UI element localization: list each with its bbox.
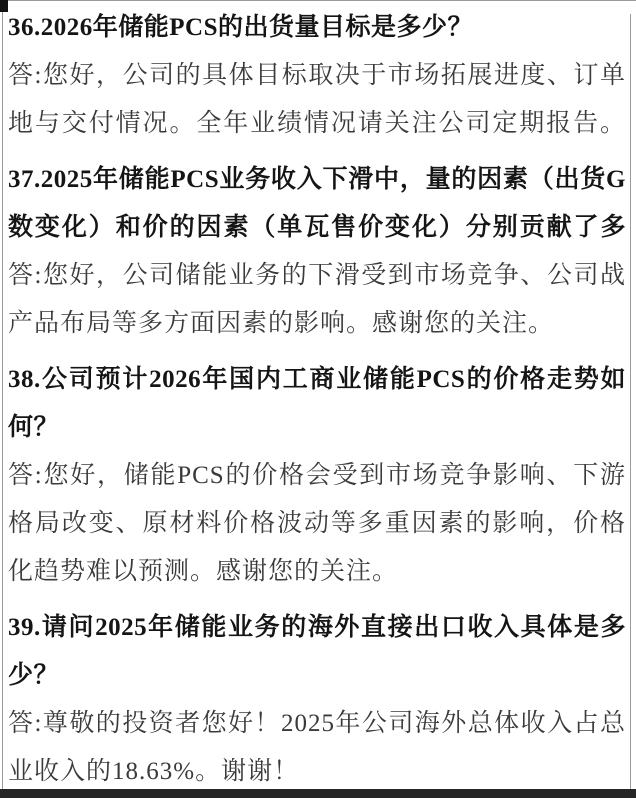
- qa-item-37: 37.2025年储能PCS业务收入下滑中，量的因素（出货GW 数变化）和价的因素…: [8, 156, 626, 348]
- answer-line: 化趋势难以预测。感谢您的关注。: [8, 548, 626, 596]
- answer-line: 格局改变、原材料价格波动等多重因素的影响，价格的变: [8, 500, 626, 548]
- qa-item-39: 39.请问2025年储能业务的海外直接出口收入具体是多 少？ 答:尊敬的投资者您…: [8, 604, 626, 796]
- right-border-line: [630, 14, 631, 798]
- answer-line: 答:尊敬的投资者您好！2025年公司海外总体收入占总营: [8, 700, 626, 748]
- answer-line: 地与交付情况。全年业绩情况请关注公司定期报告。: [8, 100, 626, 148]
- question-line: 37.2025年储能PCS业务收入下滑中，量的因素（出货GW: [8, 156, 626, 204]
- bottom-edge-bar: [0, 789, 636, 798]
- corner-mark: [0, 0, 8, 12]
- answer-line: 答:您好，储能PCS的价格会受到市场竞争影响、下游供需: [8, 452, 626, 500]
- question-line: 36.2026年储能PCS的出货量目标是多少？: [8, 4, 626, 52]
- question-line: 38.公司预计2026年国内工商业储能PCS的价格走势如: [8, 356, 626, 404]
- qa-content: 36.2026年储能PCS的出货量目标是多少？ 答:您好，公司的具体目标取决于市…: [8, 4, 626, 796]
- question-line: 少？: [8, 652, 626, 700]
- left-border-line: [2, 0, 3, 798]
- question-line: 何？: [8, 404, 626, 452]
- question-line: 数变化）和价的因素（单瓦售价变化）分别贡献了多少？: [8, 204, 626, 252]
- answer-line: 答:您好，公司的具体目标取决于市场拓展进度、订单落: [8, 52, 626, 100]
- top-border-line: [0, 0, 636, 1]
- question-line: 39.请问2025年储能业务的海外直接出口收入具体是多: [8, 604, 626, 652]
- qa-item-36: 36.2026年储能PCS的出货量目标是多少？ 答:您好，公司的具体目标取决于市…: [8, 4, 626, 148]
- document-page: 36.2026年储能PCS的出货量目标是多少？ 答:您好，公司的具体目标取决于市…: [0, 0, 636, 798]
- qa-item-38: 38.公司预计2026年国内工商业储能PCS的价格走势如 何？ 答:您好，储能P…: [8, 356, 626, 596]
- answer-line: 答:您好，公司储能业务的下滑受到市场竞争、公司战略、: [8, 252, 626, 300]
- answer-line: 产品布局等多方面因素的影响。感谢您的关注。: [8, 300, 626, 348]
